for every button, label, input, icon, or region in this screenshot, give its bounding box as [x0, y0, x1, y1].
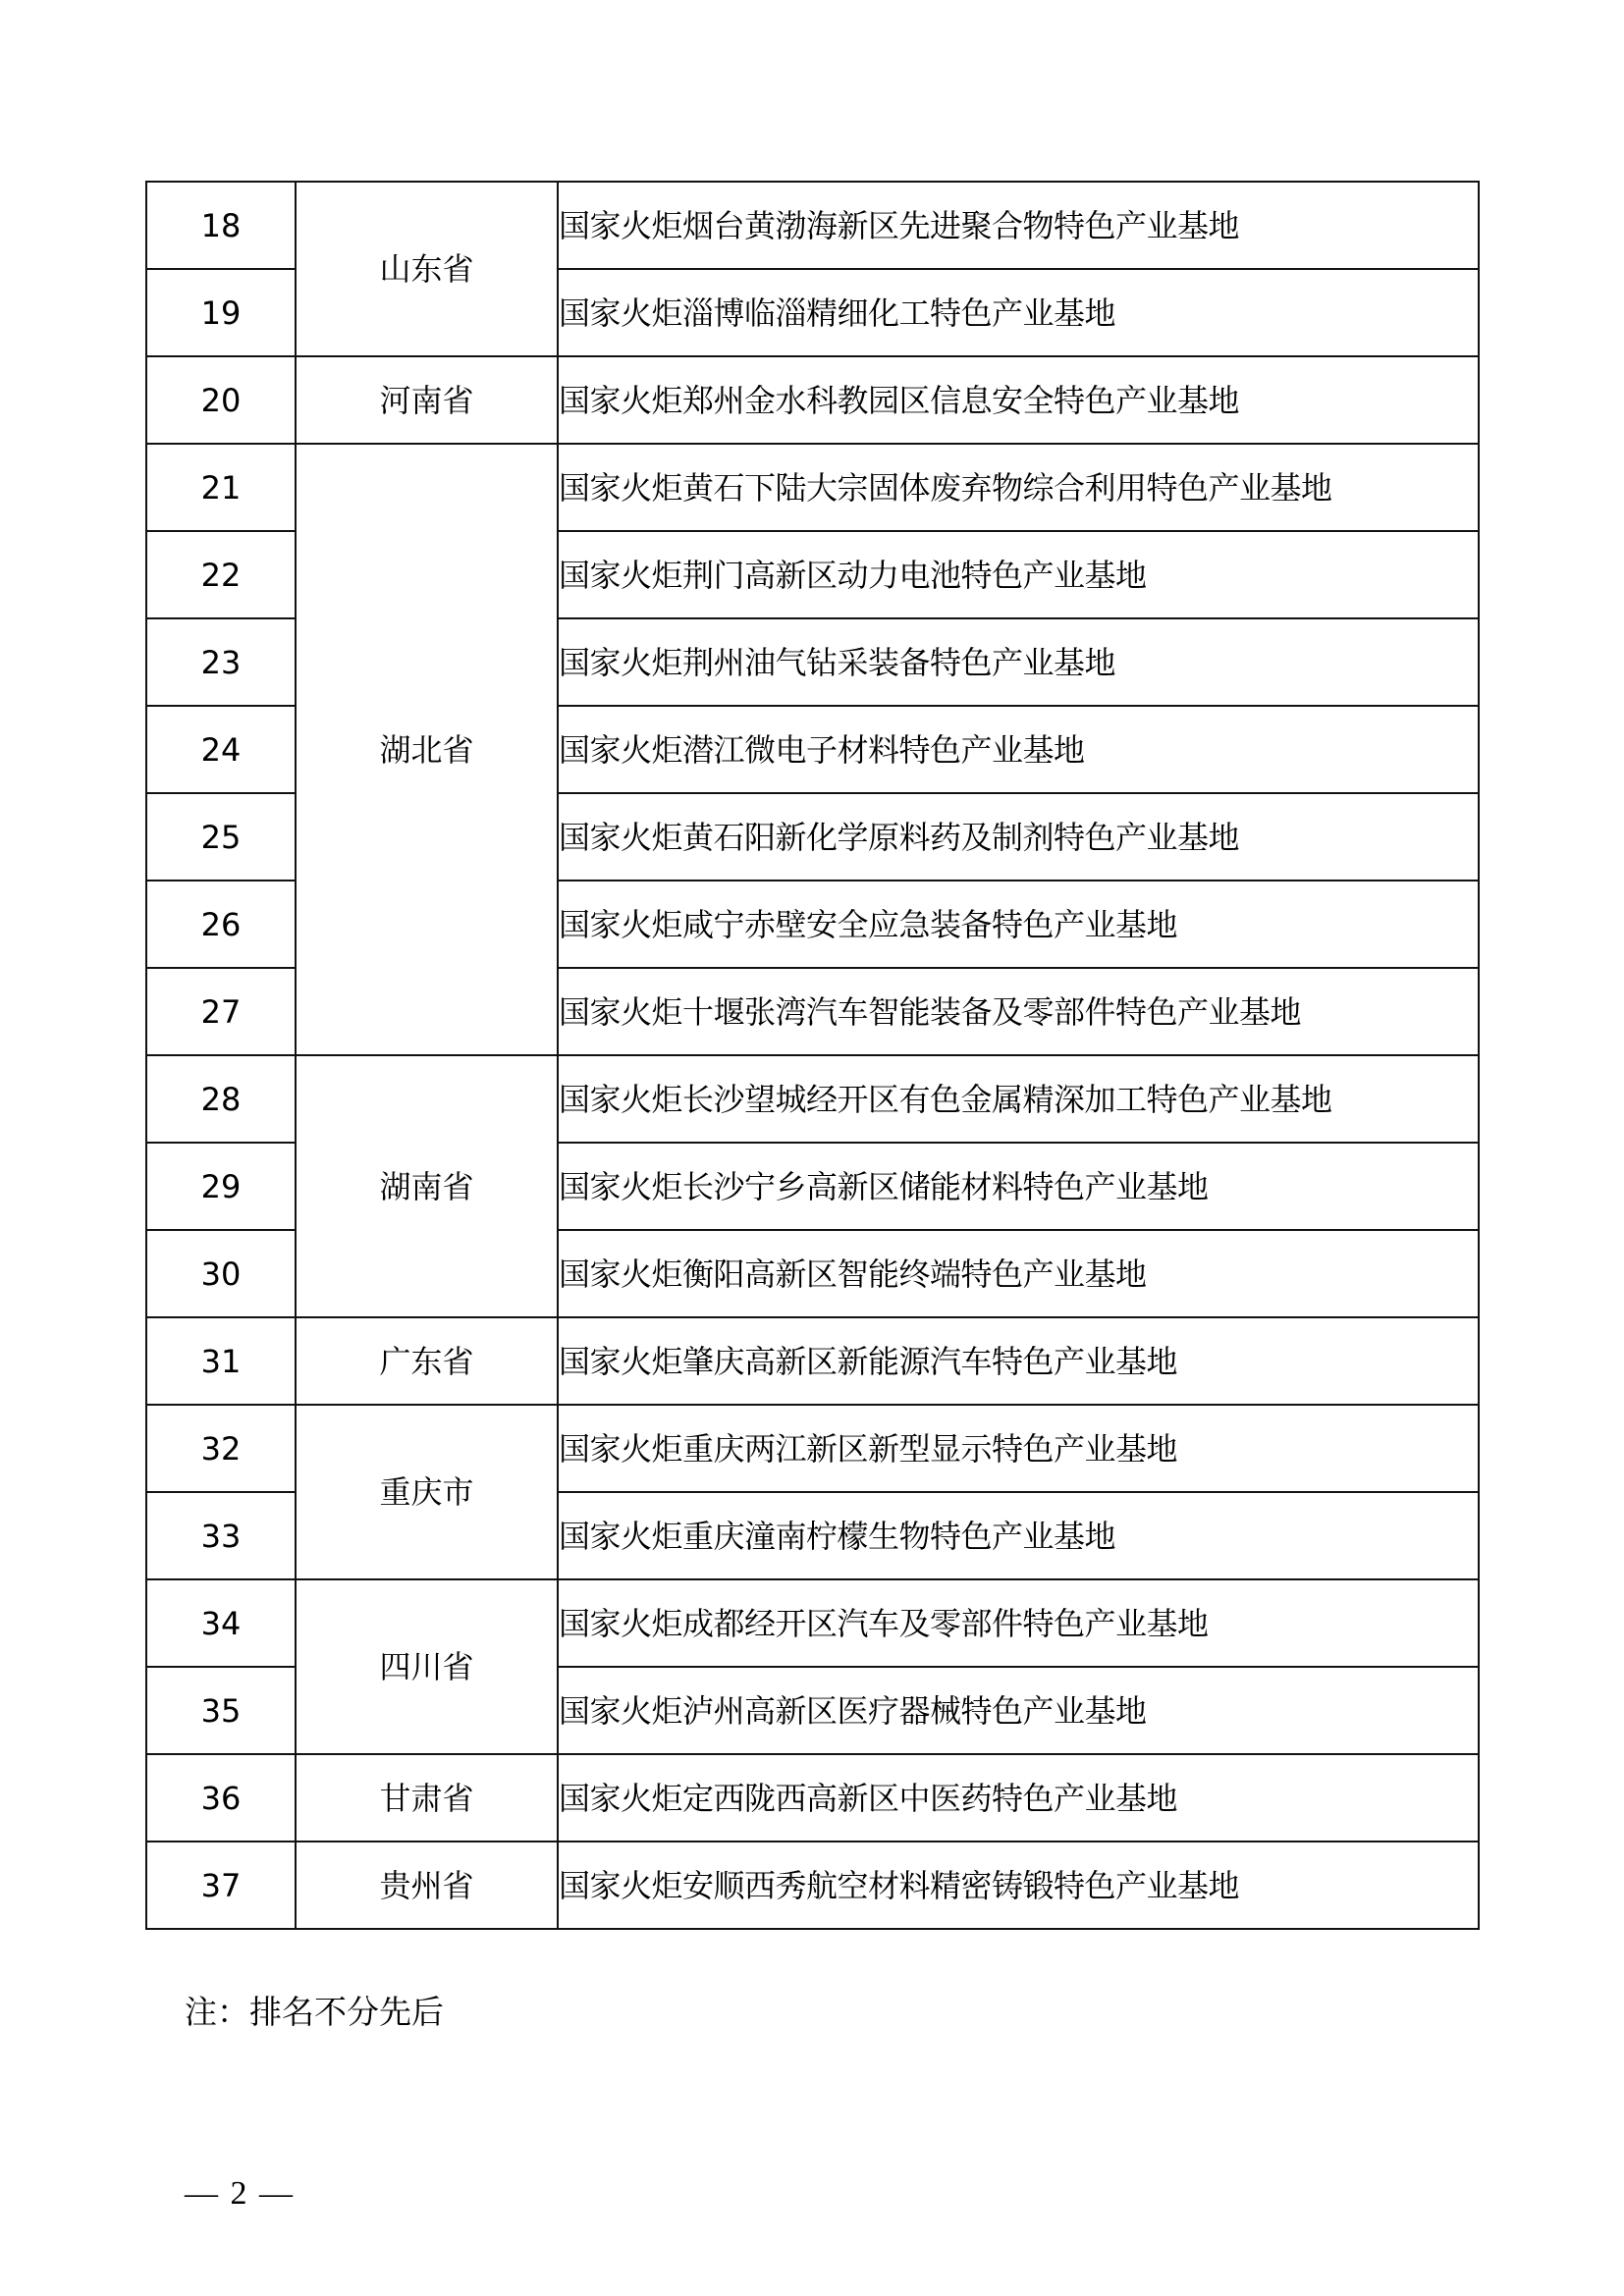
row-number: 18	[146, 182, 296, 269]
province-cell: 贵州省	[296, 1842, 558, 1929]
province-cell: 山东省	[296, 182, 558, 356]
row-number: 36	[146, 1754, 296, 1842]
province-cell: 湖南省	[296, 1055, 558, 1317]
row-number: 23	[146, 618, 296, 706]
province-cell: 甘肃省	[296, 1754, 558, 1842]
row-number: 22	[146, 531, 296, 618]
province-cell: 湖北省	[296, 444, 558, 1055]
base-name: 国家火炬泸州高新区医疗器械特色产业基地	[558, 1667, 1479, 1754]
row-number: 32	[146, 1405, 296, 1492]
province-cell: 广东省	[296, 1317, 558, 1405]
province-cell: 四川省	[296, 1579, 558, 1754]
table-row: 18 山东省 国家火炬烟台黄渤海新区先进聚合物特色产业基地	[146, 182, 1479, 269]
row-number: 29	[146, 1143, 296, 1230]
base-name: 国家火炬黄石阳新化学原料药及制剂特色产业基地	[558, 793, 1479, 881]
row-number: 30	[146, 1230, 296, 1317]
industry-base-table: 18 山东省 国家火炬烟台黄渤海新区先进聚合物特色产业基地 19 国家火炬淄博临…	[145, 181, 1480, 1930]
base-name: 国家火炬成都经开区汽车及零部件特色产业基地	[558, 1579, 1479, 1667]
table-row: 31 广东省 国家火炬肇庆高新区新能源汽车特色产业基地	[146, 1317, 1479, 1405]
base-name: 国家火炬潜江微电子材料特色产业基地	[558, 706, 1479, 793]
table-row: 28 湖南省 国家火炬长沙望城经开区有色金属精深加工特色产业基地	[146, 1055, 1479, 1143]
base-name: 国家火炬衡阳高新区智能终端特色产业基地	[558, 1230, 1479, 1317]
row-number: 27	[146, 968, 296, 1055]
base-name: 国家火炬烟台黄渤海新区先进聚合物特色产业基地	[558, 182, 1479, 269]
footnote: 注：排名不分先后	[185, 1987, 444, 2033]
row-number: 19	[146, 269, 296, 356]
row-number: 33	[146, 1492, 296, 1579]
row-number: 28	[146, 1055, 296, 1143]
base-name: 国家火炬长沙望城经开区有色金属精深加工特色产业基地	[558, 1055, 1479, 1143]
table-row: 20 河南省 国家火炬郑州金水科教园区信息安全特色产业基地	[146, 356, 1479, 444]
base-name: 国家火炬长沙宁乡高新区储能材料特色产业基地	[558, 1143, 1479, 1230]
row-number: 20	[146, 356, 296, 444]
page-number: — 2 —	[185, 2175, 295, 2213]
base-name: 国家火炬安顺西秀航空材料精密铸锻特色产业基地	[558, 1842, 1479, 1929]
base-name: 国家火炬黄石下陆大宗固体废弃物综合利用特色产业基地	[558, 444, 1479, 531]
base-name: 国家火炬荆门高新区动力电池特色产业基地	[558, 531, 1479, 618]
province-cell: 重庆市	[296, 1405, 558, 1579]
row-number: 25	[146, 793, 296, 881]
row-number: 34	[146, 1579, 296, 1667]
row-number: 21	[146, 444, 296, 531]
row-number: 24	[146, 706, 296, 793]
table-row: 37 贵州省 国家火炬安顺西秀航空材料精密铸锻特色产业基地	[146, 1842, 1479, 1929]
row-number: 26	[146, 881, 296, 968]
base-name: 国家火炬肇庆高新区新能源汽车特色产业基地	[558, 1317, 1479, 1405]
base-name: 国家火炬十堰张湾汽车智能装备及零部件特色产业基地	[558, 968, 1479, 1055]
row-number: 31	[146, 1317, 296, 1405]
province-cell: 河南省	[296, 356, 558, 444]
row-number: 35	[146, 1667, 296, 1754]
row-number: 37	[146, 1842, 296, 1929]
base-name: 国家火炬郑州金水科教园区信息安全特色产业基地	[558, 356, 1479, 444]
base-name: 国家火炬定西陇西高新区中医药特色产业基地	[558, 1754, 1479, 1842]
table-row: 32 重庆市 国家火炬重庆两江新区新型显示特色产业基地	[146, 1405, 1479, 1492]
base-name: 国家火炬重庆潼南柠檬生物特色产业基地	[558, 1492, 1479, 1579]
table-row: 34 四川省 国家火炬成都经开区汽车及零部件特色产业基地	[146, 1579, 1479, 1667]
base-name: 国家火炬咸宁赤壁安全应急装备特色产业基地	[558, 881, 1479, 968]
table-row: 21 湖北省 国家火炬黄石下陆大宗固体废弃物综合利用特色产业基地	[146, 444, 1479, 531]
base-name: 国家火炬淄博临淄精细化工特色产业基地	[558, 269, 1479, 356]
base-name: 国家火炬荆州油气钻采装备特色产业基地	[558, 618, 1479, 706]
base-name: 国家火炬重庆两江新区新型显示特色产业基地	[558, 1405, 1479, 1492]
table-row: 36 甘肃省 国家火炬定西陇西高新区中医药特色产业基地	[146, 1754, 1479, 1842]
